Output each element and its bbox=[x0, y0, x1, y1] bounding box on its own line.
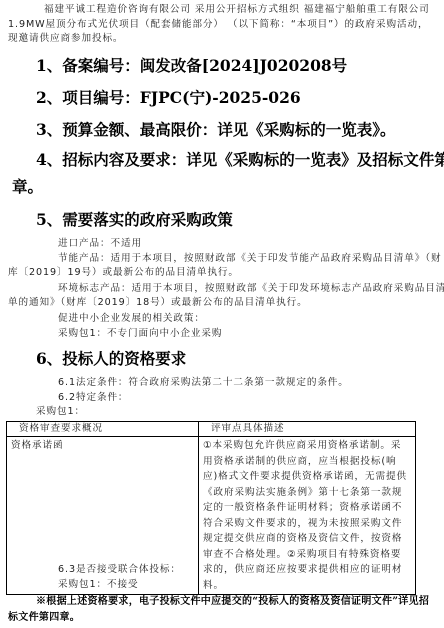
table-header-description: 评审点具体描述 bbox=[199, 422, 416, 437]
policy-sme-heading: 促进中小企业发展的相关政策： bbox=[58, 312, 205, 326]
policy-env-label-line2: 单的通知》（财库〔2019〕18号）或最新公布的品目清单执行。 bbox=[8, 296, 308, 310]
qualification-consortium: 6.3是否接受联合体投标： bbox=[58, 563, 181, 577]
section-4-continuation: 章。 bbox=[12, 177, 43, 197]
table-header-row: 资格审查要求概况 评审点具体描述 bbox=[7, 422, 416, 437]
policy-env-label-line1: 环境标志产品：适用于本项目，按照财政部《关于印发环境标志产品政府采购品目清 bbox=[58, 282, 444, 296]
section-3-budget: 3、预算金额、最高限价：详见《采购标的一览表》。 bbox=[36, 120, 396, 140]
qualification-legal: 6.1法定条件：符合政府采购法第二十二条第一款规定的条件。 bbox=[58, 376, 349, 390]
intro-paragraph: 福建平诚工程造价咨询有限公司 采用公开招标方式组织 福建福宁船舶重工有限公司1.… bbox=[8, 3, 436, 47]
policy-energy-saving-line2: 库〔2019〕19号）或最新公布的品目清单执行。 bbox=[8, 266, 239, 280]
policy-sme-package: 采购包1：不专门面向中小企业采购 bbox=[58, 327, 222, 341]
qualification-note: ※根据上述资格要求，电子投标文件中应提交的“投标人的资格及资信证明文件”详见招标… bbox=[8, 594, 436, 626]
section-4-requirements: 4、招标内容及要求：详见《采购标的一览表》及招标文件第五 bbox=[36, 150, 444, 170]
section-2-project-number: 2、项目编号：FJPC(宁)-2025-026 bbox=[36, 88, 301, 108]
qualification-specific: 6.2特定条件： bbox=[58, 391, 128, 405]
section-5-policy-heading: 5、需要落实的政府采购政策 bbox=[36, 210, 233, 230]
policy-import-products: 进口产品：不适用 bbox=[58, 237, 142, 251]
qualification-consortium-package: 采购包1：不接受 bbox=[58, 578, 138, 592]
section-1-filing-number: 1、备案编号：闽发改备[2024]J020208号 bbox=[36, 56, 347, 76]
table-header-requirement: 资格审查要求概况 bbox=[7, 422, 199, 437]
table-cell-description: ①本采购包允许供应商采用资格承诺制。采用资格承诺制的供应商，应当根据投标(响应)… bbox=[199, 437, 416, 595]
qualification-package-label: 采购包1： bbox=[36, 405, 85, 419]
policy-energy-saving-line1: 节能产品：适用于本项目，按照财政部《关于印发节能产品政府采购品目清单》（财 bbox=[58, 252, 441, 266]
section-6-qualification-heading: 6、投标人的资格要求 bbox=[36, 349, 186, 369]
